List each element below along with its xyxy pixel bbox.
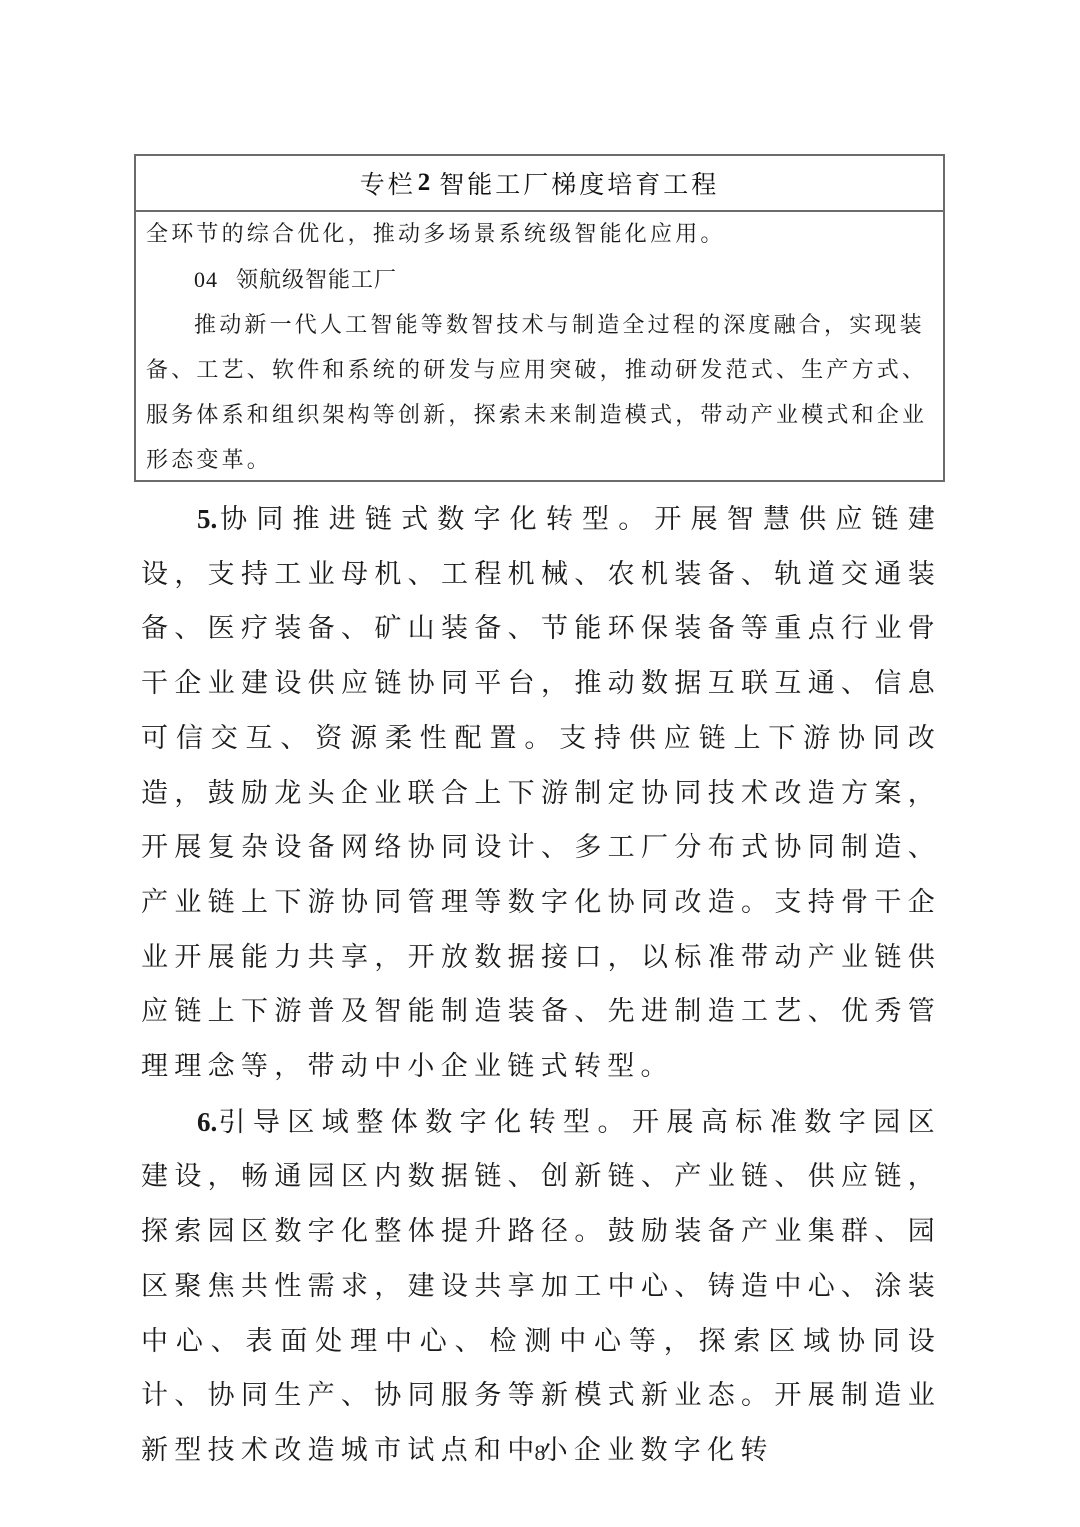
feature-box: 专栏 2 智能工厂梯度培育工程 全环节的综合优化，推动多场景系统级智能化应用。 … — [134, 154, 945, 482]
section-6-body: 引导区域整体数字化转型。开展高标准数字园区建设，畅通园区内数据链、创新链、产业链… — [141, 1107, 941, 1466]
feature-box-body: 全环节的综合优化，推动多场景系统级智能化应用。 04领航级智能工厂 推动新一代人… — [136, 212, 943, 483]
feature-box-title-text: 智能工厂梯度培育工程 — [439, 165, 719, 201]
section-6-number: 6. — [197, 1107, 217, 1137]
section-5-body: 协同推进链式数字化转型。开展智慧供应链建设，支持工业母机、工程机械、农机装备、轨… — [141, 504, 941, 1082]
page-number: 8 — [0, 1440, 1080, 1466]
feature-box-item-body: 推动新一代人工智能等数智技术与制造全过程的深度融合，实现装备、工艺、软件和系统的… — [146, 303, 935, 483]
item-code: 04 — [194, 267, 218, 292]
feature-box-title-prefix: 专栏 — [360, 165, 416, 201]
feature-box-title: 专栏 2 智能工厂梯度培育工程 — [136, 156, 943, 212]
section-5: 5.协同推进链式数字化转型。开展智慧供应链建设，支持工业母机、工程机械、农机装备… — [141, 492, 941, 1095]
main-text: 5.协同推进链式数字化转型。开展智慧供应链建设，支持工业母机、工程机械、农机装备… — [141, 492, 941, 1479]
item-title: 领航级智能工厂 — [236, 268, 397, 293]
section-6: 6.引导区域整体数字化转型。开展高标准数字园区建设，畅通园区内数据链、创新链、产… — [141, 1095, 941, 1479]
feature-box-item-heading: 04领航级智能工厂 — [146, 257, 935, 303]
section-5-number: 5. — [197, 504, 217, 534]
feature-box-continued-text: 全环节的综合优化，推动多场景系统级智能化应用。 — [146, 212, 935, 257]
feature-box-title-number: 2 — [418, 169, 434, 197]
